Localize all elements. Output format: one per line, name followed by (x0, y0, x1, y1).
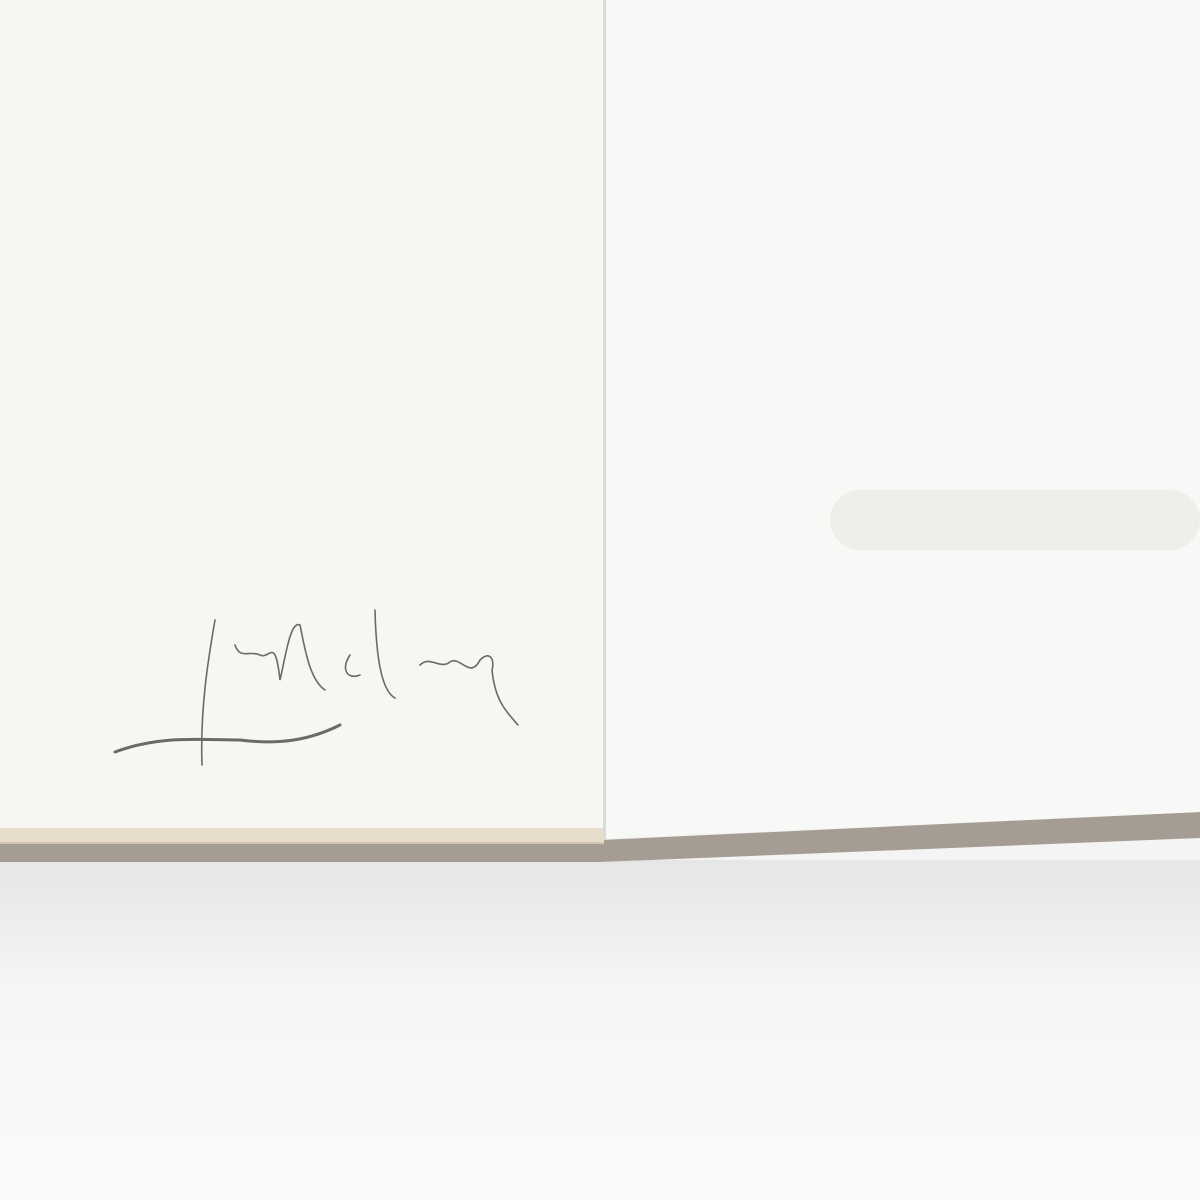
right-paper-sheet (606, 0, 1200, 838)
center-fold (603, 0, 606, 840)
torn-flap (830, 490, 1200, 550)
photo-scene (0, 0, 1200, 1200)
pencil-signature (100, 600, 550, 780)
background-surface (0, 860, 1200, 1200)
